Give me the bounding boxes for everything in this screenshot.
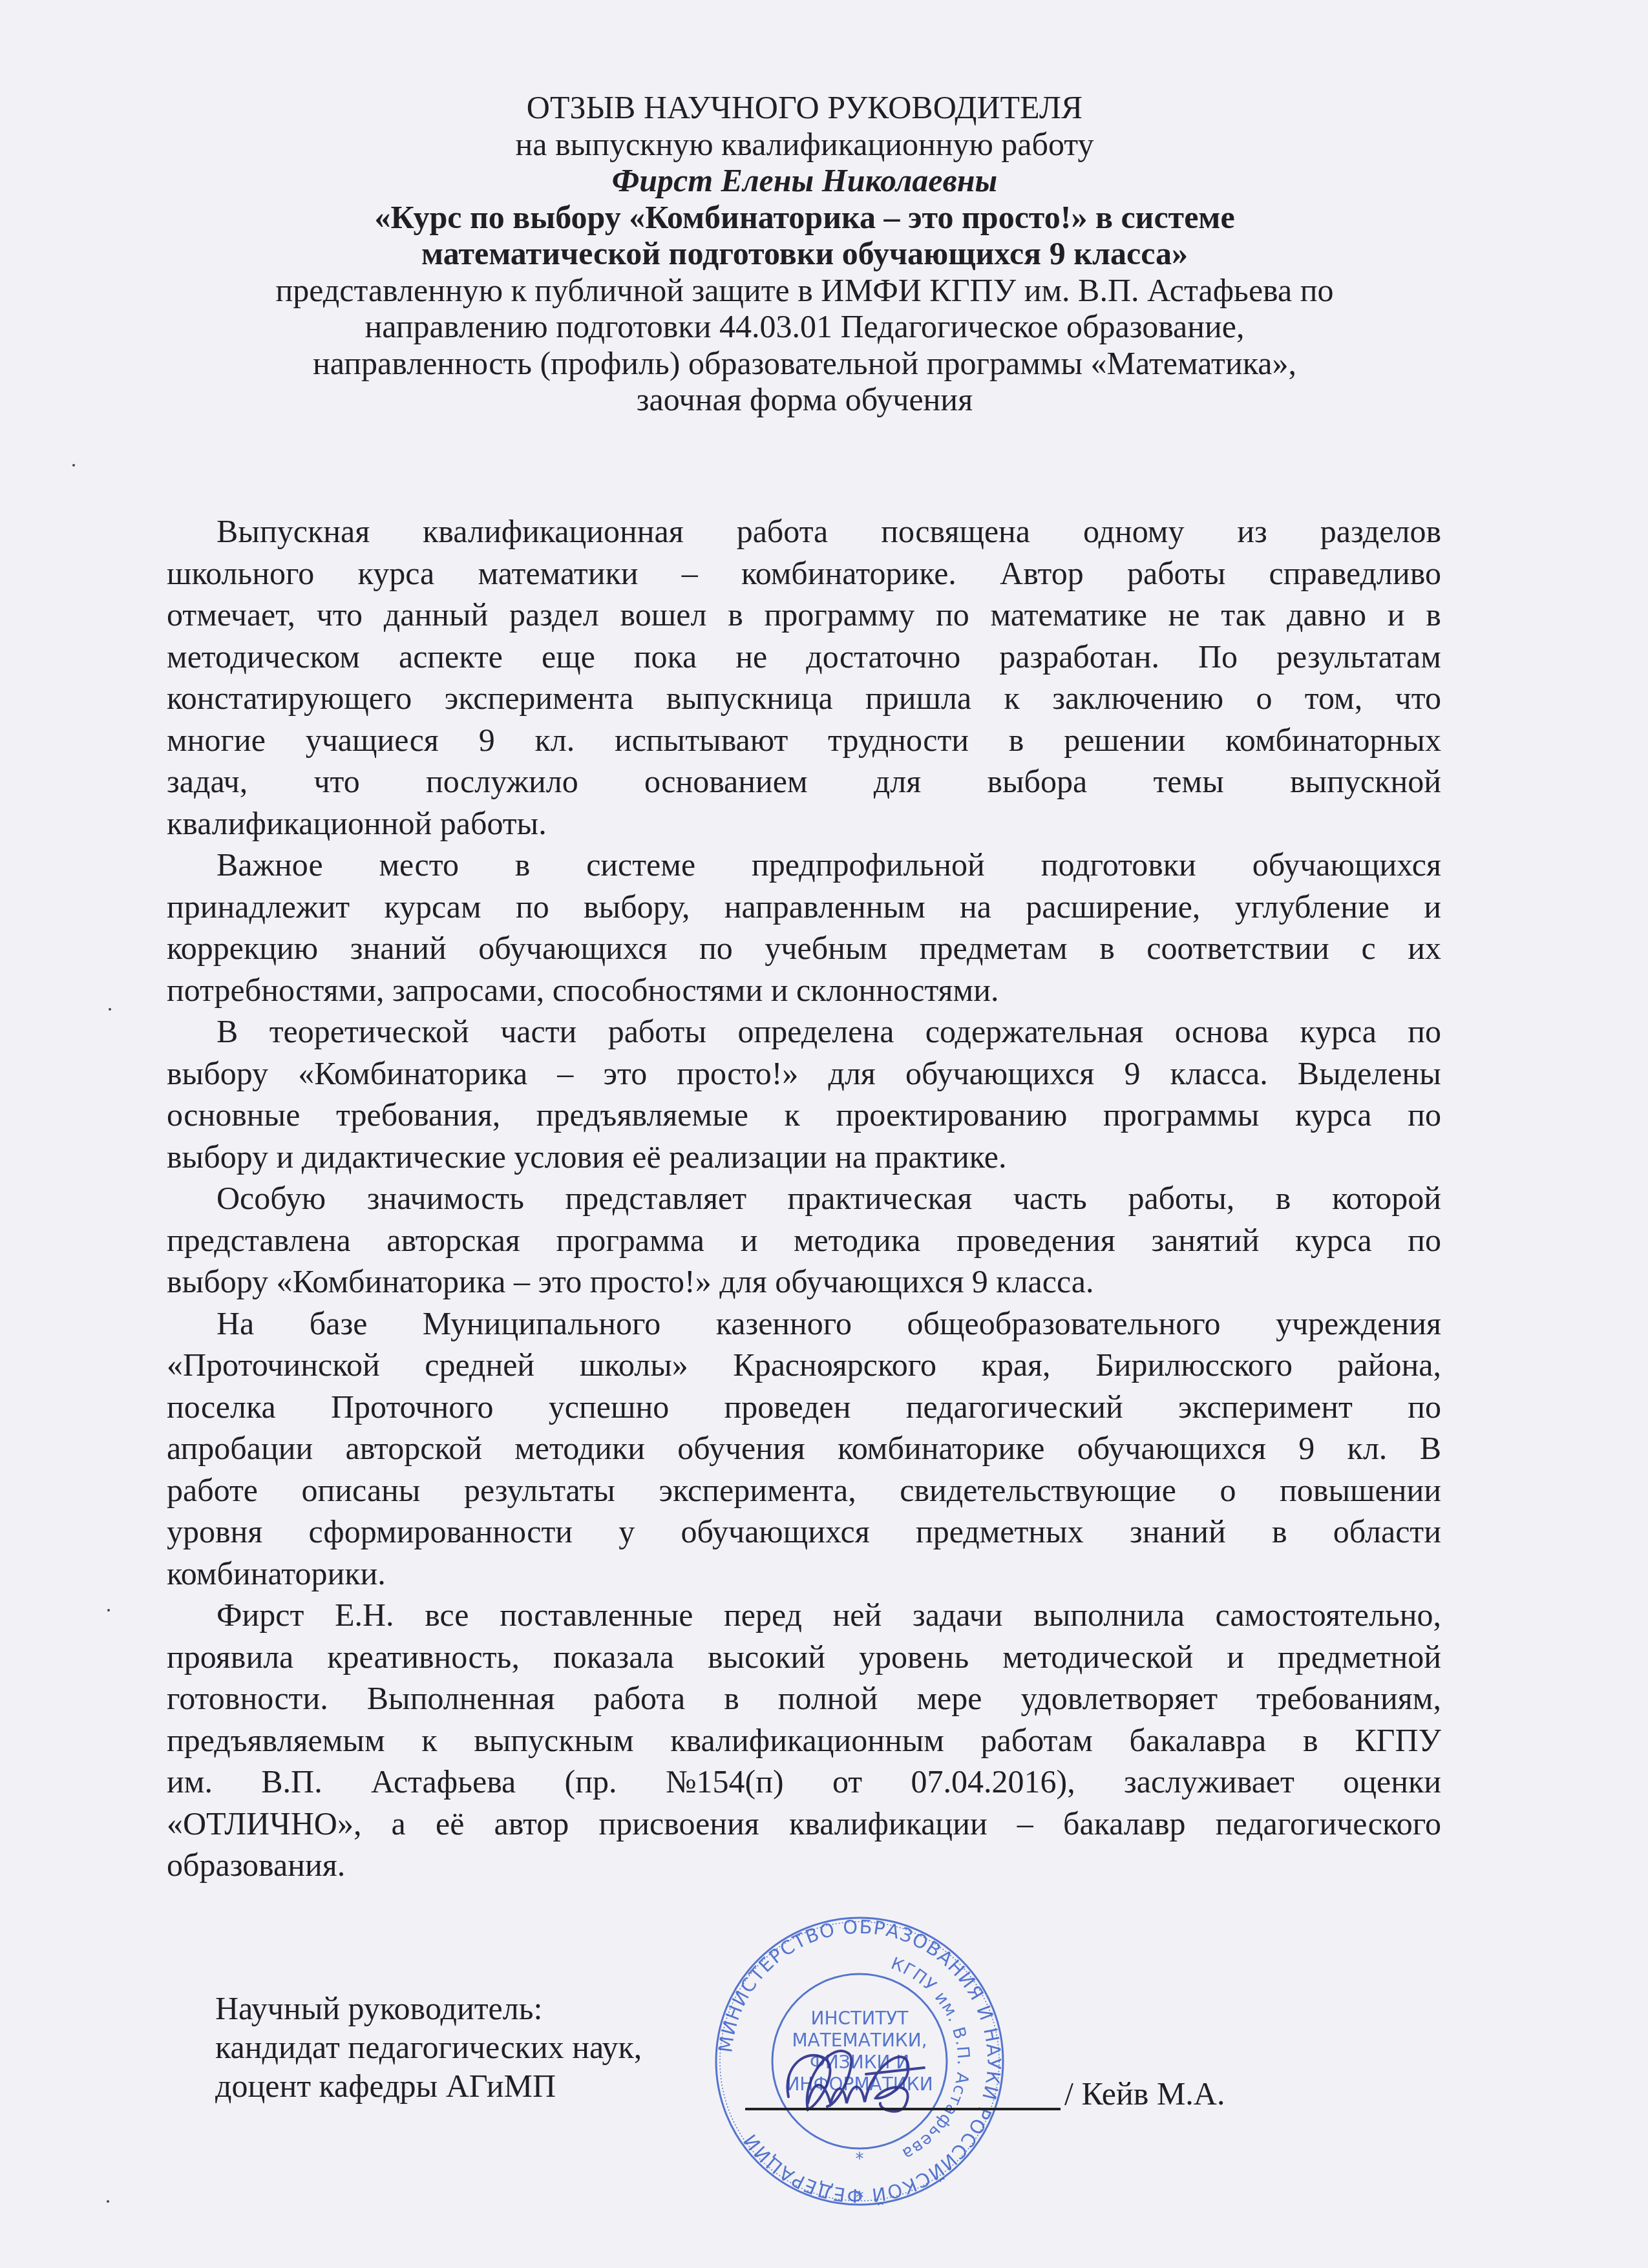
paragraph-line: отмечает,чтоданныйразделвошелвпрограммуп… (167, 594, 1441, 636)
stamp-center-line-3: ФИЗИКИ И (810, 2052, 910, 2073)
signer-name: / Кейв М.А. (1064, 2074, 1225, 2113)
paragraph-line: НабазеМуниципальногоказенногообщеобразов… (167, 1303, 1441, 1345)
paragraph-line: потребностями, запросами, способностями … (167, 969, 1441, 1011)
thesis-title-line-2: математической подготовки обучающихся 9 … (162, 235, 1448, 272)
paragraph-line: Важноеместовсистемепредпрофильнойподгото… (167, 844, 1441, 886)
paragraph-line: выбору и дидактические условия её реализ… (167, 1136, 1441, 1178)
paragraph-line: представленаавторскаяпрограммаиметодикап… (167, 1219, 1441, 1261)
signer-position: доцент кафедры АГиМП (215, 2066, 642, 2105)
student-name: Фирст Елены Николаевны (162, 162, 1448, 199)
scan-speck (109, 1008, 111, 1011)
signature-block: Научный руководитель: кандидат педагогич… (215, 1989, 642, 2105)
info-line-2: направлению подготовки 44.03.01 Педагоги… (162, 308, 1448, 345)
paragraph-line: «Проточинскойсреднейшколы»Красноярскогок… (167, 1344, 1441, 1386)
document-header: ОТЗЫВ НАУЧНОГО РУКОВОДИТЕЛЯ на выпускную… (162, 89, 1448, 418)
stamp-center-line-2: МАТЕМАТИКИ, (792, 2030, 927, 2051)
document-title: ОТЗЫВ НАУЧНОГО РУКОВОДИТЕЛЯ (162, 89, 1448, 126)
paragraph-line: комбинаторики. (167, 1553, 1441, 1595)
scan-speck (940, 530, 943, 532)
signer-role: Научный руководитель: (215, 1989, 642, 2028)
paragraph-line: задач,чтопослужилооснованиемдлявыборатем… (167, 761, 1441, 803)
paragraph-line: Втеоретическойчастиработыопределенасодер… (167, 1011, 1441, 1053)
paragraph-line: проявилакреативность,показалавысокийуров… (167, 1636, 1441, 1678)
info-line-4: заочная форма обучения (162, 381, 1448, 418)
paragraph-line: «ОТЛИЧНО»,аеёавторприсвоенияквалификации… (167, 1803, 1441, 1845)
paragraph-line: многиеучащиеся9кл.испытываюттрудностивре… (167, 719, 1441, 761)
paragraph-line: основныетребования,предъявляемыекпроекти… (167, 1094, 1441, 1136)
info-line-3: направленность (профиль) образовательной… (162, 345, 1448, 382)
paragraph-line: ФирстЕ.Н.всепоставленныепереднейзадачивы… (167, 1594, 1441, 1636)
paragraph-line: образования. (167, 1844, 1441, 1886)
stamp-center-line-1: ИНСТИТУТ (811, 2008, 909, 2029)
thesis-title-line-1: «Курс по выбору «Комбинаторика – это про… (162, 199, 1448, 236)
paragraph-line: квалификационной работы. (167, 803, 1441, 845)
scan-speck (107, 2200, 109, 2203)
svg-text:*: * (856, 2189, 864, 2208)
paragraph-line: школьногокурсаматематики–комбинаторике.А… (167, 552, 1441, 594)
paragraph-line: Особуюзначимостьпредставляетпрактическая… (167, 1177, 1441, 1219)
paragraph-line: работеописанырезультатыэксперимента,свид… (167, 1469, 1441, 1511)
paragraph-line: коррекциюзнанийобучающихсяпоучебнымпредм… (167, 927, 1441, 969)
review-body: Выпускнаяквалификационнаяработапосвящена… (167, 510, 1441, 1886)
signature-line (745, 2108, 1061, 2110)
paragraph-line: им.В.П.Астафьева(пр.№154(п)от07.04.2016)… (167, 1761, 1441, 1803)
scan-speck (72, 464, 75, 467)
paragraph-line: предъявляемымквыпускнымквалификационнымр… (167, 1719, 1441, 1761)
document-page: ОТЗЫВ НАУЧНОГО РУКОВОДИТЕЛЯ на выпускную… (0, 0, 1648, 2268)
paragraph-line: Выпускнаяквалификационнаяработапосвящена… (167, 510, 1441, 552)
paragraph-line: выбору «Комбинаторика – это просто!» для… (167, 1261, 1441, 1303)
paragraph-line: поселкаПроточногоуспешнопроведенпедагоги… (167, 1386, 1441, 1428)
signer-degree: кандидат педагогических наук, (215, 2028, 642, 2066)
paragraph-line: уровнясформированностиуобучающихсяпредме… (167, 1511, 1441, 1553)
paragraph-line: выбору«Комбинаторика–этопросто!»дляобуча… (167, 1053, 1441, 1095)
official-stamp-icon: МИНИСТЕРСТВО ОБРАЗОВАНИЯ И НАУКИ РОССИЙС… (711, 1909, 1008, 2213)
paragraph-line: принадлежиткурсамповыбору,направленнымна… (167, 886, 1441, 928)
paragraph-line: методическомаспектеещепоканедостаточнора… (167, 636, 1441, 678)
info-line-1: представленную к публичной защите в ИМФИ… (162, 272, 1448, 309)
svg-text:*: * (856, 2150, 864, 2169)
document-subtitle: на выпускную квалификационную работу (162, 126, 1448, 163)
scan-speck (107, 1609, 110, 1612)
paragraph-line: апробацииавторскойметодикиобучениякомбин… (167, 1427, 1441, 1469)
paragraph-line: готовности.Выполненнаяработавполноймереу… (167, 1677, 1441, 1719)
paragraph-line: констатирующегоэкспериментавыпускницапри… (167, 677, 1441, 719)
